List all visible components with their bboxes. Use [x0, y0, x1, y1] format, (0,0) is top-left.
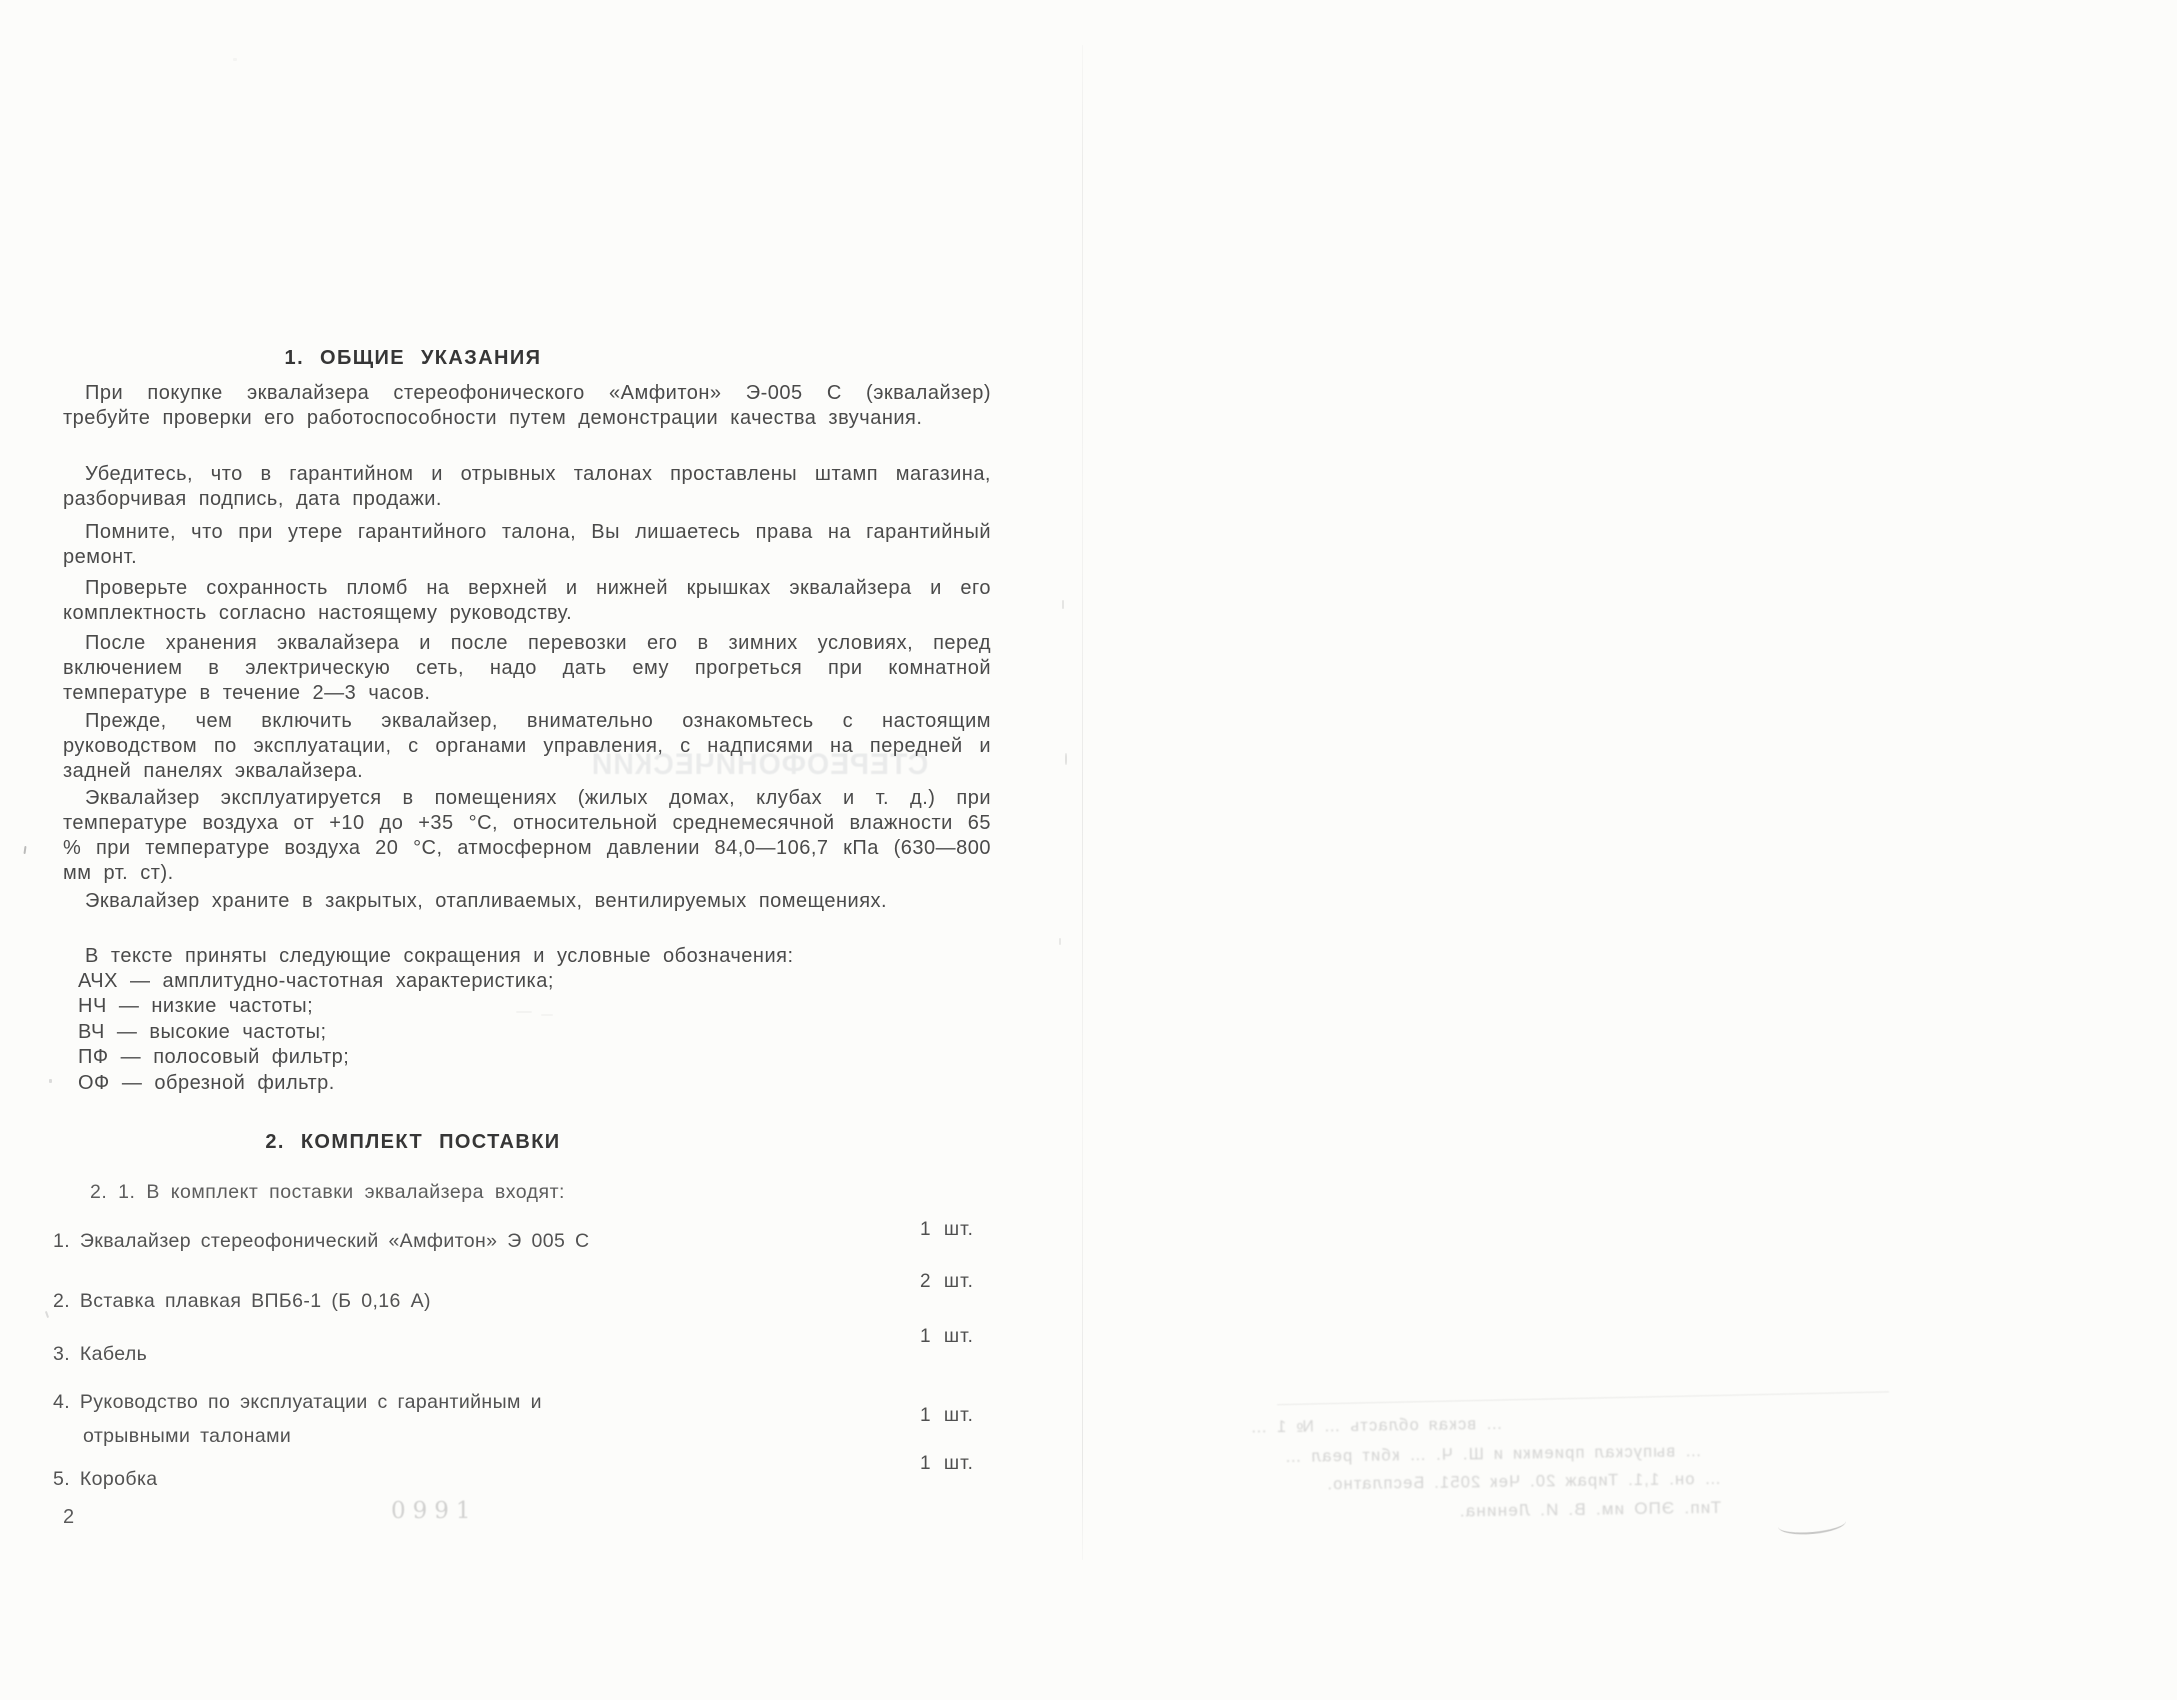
showthrough-rule-line: [1277, 1391, 1889, 1405]
showthrough-line: … он. 1,1. Тираж 20. Чек 2051. Бесплатно…: [1326, 1470, 1721, 1495]
scan-speck: [49, 1079, 52, 1083]
scan-speck: [541, 1014, 553, 1016]
scan-speck: [1059, 938, 1061, 945]
scan-speck: [1065, 753, 1067, 765]
showthrough-line: Тип. ЭПО им. В. И. Ленина.: [1458, 1498, 1721, 1522]
right-page: … вская область … № 1 … … выпускал прием…: [0, 0, 2177, 1700]
scan-speck: [516, 1011, 532, 1013]
scan-speck: [1062, 600, 1064, 609]
scanned-manual-spread: 1. ОБЩИЕ УКАЗАНИЯ При покупке эквалайзер…: [0, 0, 2177, 1700]
showthrough-line: … выпускал приемки и Ш. Ч. … кбит реал …: [1284, 1442, 1702, 1467]
scan-speck: [233, 58, 237, 61]
showthrough-line: … вская область … № 1 …: [1249, 1415, 1502, 1438]
